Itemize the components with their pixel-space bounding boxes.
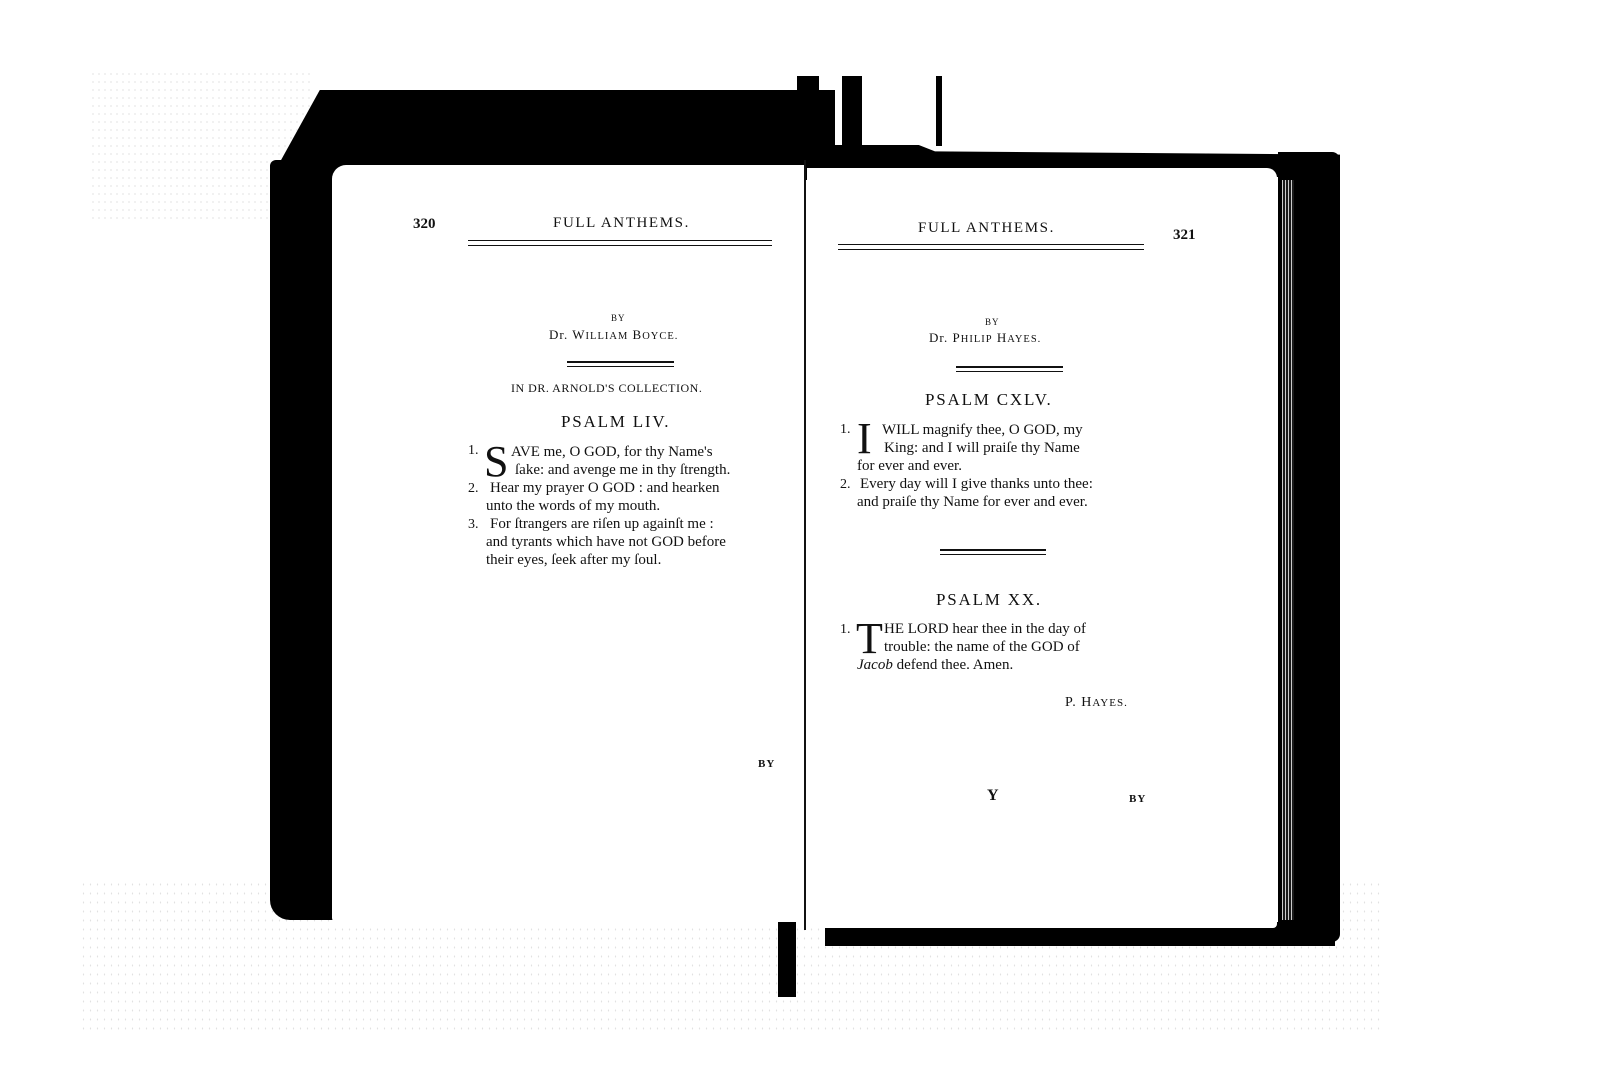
- drop-cap: I: [857, 420, 872, 458]
- verse-line: HE LORD hear thee in the day of: [884, 621, 1086, 639]
- verse-line: AVE me, O GOD, for thy Name's: [511, 444, 713, 462]
- verse-number: 2.: [468, 481, 479, 497]
- verse-line: ſake: and avenge me in thy ſtrength.: [515, 462, 730, 480]
- psalm-title: PSALM CXLV.: [925, 390, 1053, 410]
- verse-line: Every day will I give thanks unto thee:: [860, 476, 1093, 494]
- collection-note: IN DR. ARNOLD'S COLLECTION.: [511, 381, 702, 396]
- verse-line: and tyrants which have not GOD before: [486, 534, 726, 552]
- verse-line: and praiſe thy Name for ever and ever.: [857, 494, 1088, 512]
- verse-line: unto the words of my mouth.: [486, 498, 660, 516]
- signature-mark: Y: [987, 787, 999, 805]
- verse-line: For ſtrangers are riſen up againſt me :: [490, 516, 714, 534]
- book-spine-top: [842, 76, 862, 146]
- section-rule: [567, 361, 674, 367]
- header-rule: [468, 240, 772, 246]
- by-label: BY: [611, 313, 626, 323]
- section-rule: [940, 549, 1046, 555]
- right-page: [807, 168, 1277, 928]
- verse-line: King: and I will praiſe thy Name: [884, 440, 1080, 458]
- composer-signoff: P. HAYES.: [1065, 695, 1128, 711]
- header-rule: [838, 244, 1144, 250]
- psalm-title: PSALM XX.: [936, 590, 1042, 610]
- catchword: BY: [758, 758, 775, 770]
- book-gutter: [804, 160, 806, 930]
- psalm-title: PSALM LIV.: [561, 412, 670, 432]
- verse-line: their eyes, ſeek after my ſoul.: [486, 552, 661, 570]
- running-head: FULL ANTHEMS.: [918, 220, 1055, 237]
- verse-line: for ever and ever.: [857, 458, 962, 476]
- by-label: BY: [985, 317, 1000, 327]
- page-fore-edge: [1282, 180, 1294, 920]
- verse-line: WILL magnify thee, O GOD, my: [882, 422, 1083, 440]
- page-number: 321: [1173, 227, 1196, 244]
- author-name: Dr. WILLIAM BOYCE.: [549, 327, 678, 343]
- section-rule: [956, 366, 1063, 372]
- author-name: Dr. PHILIP HAYES.: [929, 330, 1041, 346]
- verse-number: 1.: [840, 622, 851, 638]
- catchword: BY: [1129, 793, 1146, 805]
- verse-number: 1.: [468, 443, 479, 459]
- verse-line: Jacob defend thee. Amen.: [857, 657, 1013, 675]
- page-number: 320: [413, 216, 436, 233]
- drop-cap: S: [484, 443, 508, 481]
- verse-line: Hear my prayer O GOD : and hearken: [490, 480, 720, 498]
- verse-number: 2.: [840, 477, 851, 493]
- verse-number: 1.: [840, 422, 851, 438]
- book-spine-top: [936, 76, 942, 146]
- drop-cap: T: [856, 620, 883, 658]
- running-head: FULL ANTHEMS.: [553, 215, 690, 232]
- verse-line: trouble: the name of the GOD of: [884, 639, 1080, 657]
- verse-number: 3.: [468, 517, 479, 533]
- book-spine-bottom: [778, 922, 796, 997]
